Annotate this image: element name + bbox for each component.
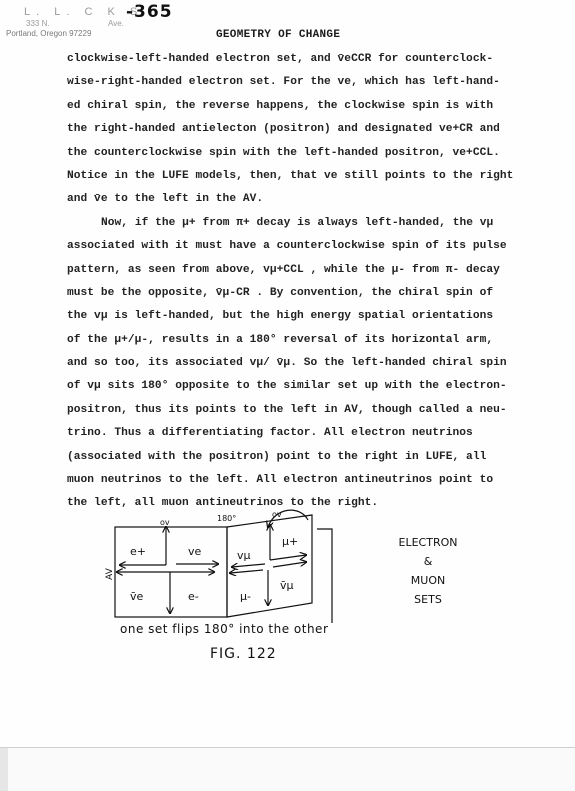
body-line: wise-right-handed electron set. For the … (67, 76, 537, 99)
body-line: Now, if the μ+ from π+ decay is always l… (67, 217, 537, 240)
body-line: of vμ sits 180° opposite to the similar … (67, 380, 537, 403)
body-line: pattern, as seen from above, vμ+CCL , wh… (67, 264, 537, 287)
body-line: the counterclockwise spin with the left-… (67, 147, 537, 170)
body-line: of the μ+/μ-, results in a 180° reversal… (67, 334, 537, 357)
page-title: GEOMETRY OF CHANGE (216, 29, 340, 41)
legend-line: SETS (388, 590, 468, 609)
page-edge-shadow (0, 748, 8, 791)
quadrant-label: ve (188, 545, 202, 558)
body-line: associated with it must have a countercl… (67, 240, 537, 263)
body-line: Notice in the LUFE models, then, that ve… (67, 170, 537, 193)
quadrant-label: μ+ (282, 535, 298, 548)
av-label: AV (105, 567, 115, 580)
right-panel (227, 510, 332, 623)
quadrant-label: v̄μ (280, 579, 294, 592)
page-number: -365 (126, 2, 173, 22)
stamp-ave: Ave. (108, 19, 124, 28)
body-line: muon neutrinos to the left. All electron… (67, 474, 537, 497)
body-line: and v̄e to the left in the AV. (67, 193, 537, 216)
stamp-street: 333 N. (26, 19, 50, 28)
stamp-city: Portland, Oregon 97229 (6, 29, 91, 38)
body-text: clockwise-left-handed electron set, and … (67, 53, 537, 521)
body-line: must be the opposite, v̄μ-CR . By conven… (67, 287, 537, 310)
quadrant-label: v̄e (130, 590, 144, 603)
ov-label-right: ov (272, 510, 282, 519)
legend-line: ELECTRON (388, 533, 468, 552)
body-line: the vμ is left-handed, but the high ener… (67, 310, 537, 333)
body-line: clockwise-left-handed electron set, and … (67, 53, 537, 76)
legend-line: MUON (388, 571, 468, 590)
quadrant-label: e- (188, 590, 199, 603)
quadrant-label: e+ (130, 545, 146, 558)
body-line: (associated with the positron) point to … (67, 451, 537, 474)
figure-legend: ELECTRON&MUONSETS (388, 533, 468, 609)
body-line: and so too, its associated vμ/ v̄μ. So t… (67, 357, 537, 380)
page-lower-strip (0, 748, 575, 791)
body-line: trino. Thus a differentiating factor. Al… (67, 427, 537, 450)
figure-diagram: ov ov AV 180° e+ ve v̄e e- vμ μ+ μ- v̄μ (100, 505, 340, 635)
legend-line: & (388, 552, 468, 571)
quadrant-label: vμ (237, 549, 251, 562)
figure-caption: one set flips 180° into the other (120, 622, 328, 636)
quadrant-label: μ- (240, 590, 251, 603)
figure-label: FIG. 122 (210, 646, 277, 662)
body-line: positron, thus its points to the left in… (67, 404, 537, 427)
body-line: ed chiral spin, the reverse happens, the… (67, 100, 537, 123)
ov-label-left: ov (160, 518, 170, 527)
body-line: the right-handed antielecton (positron) … (67, 123, 537, 146)
rotation-label: 180° (217, 514, 236, 523)
left-panel (115, 527, 227, 617)
